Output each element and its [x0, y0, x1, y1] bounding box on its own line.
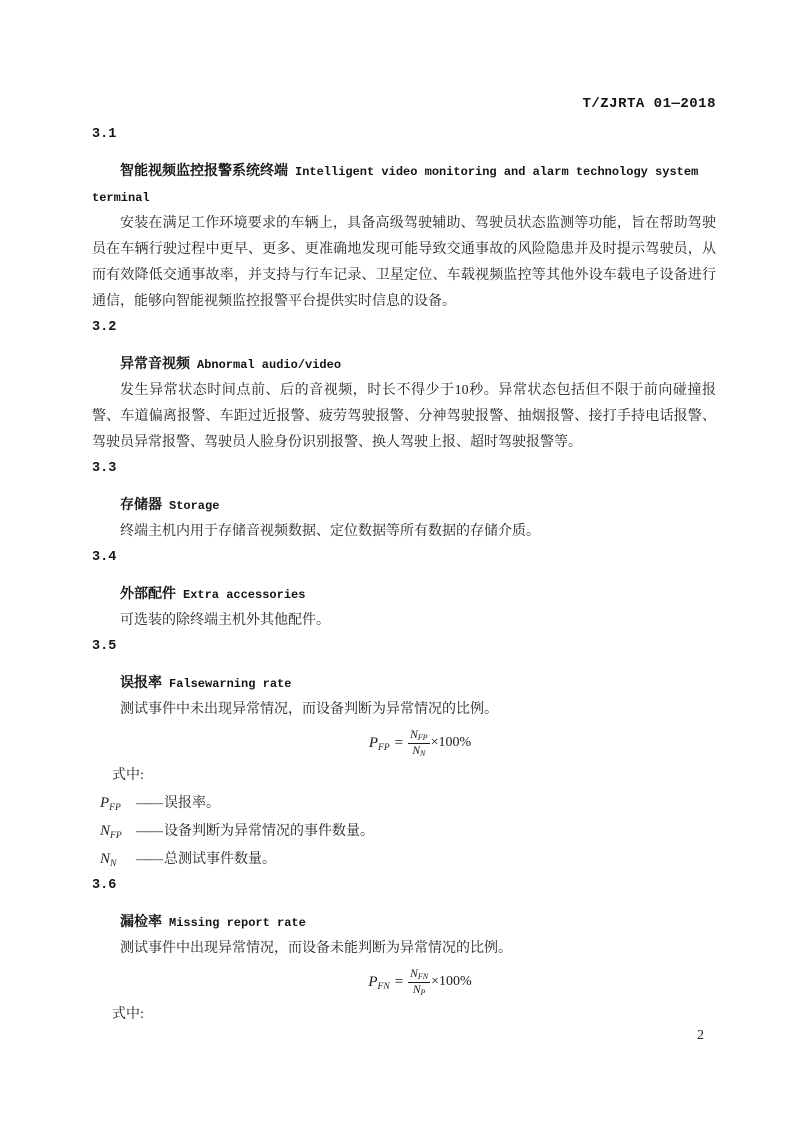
clause-3-5: 3.5 误报率Falsewarning rate 测试事件中未出现异常情况，而设… [92, 634, 716, 873]
fraction: NFP NN [408, 729, 429, 758]
term-en: Missing report rate [169, 916, 306, 930]
clause-3-3: 3.3 存储器Storage 终端主机内用于存储音视频数据、定位数据等所有数据的… [92, 456, 716, 545]
symbol-definition-row: PFP —— 误报率。 [92, 790, 716, 817]
missing-report-rate-formula: PFN = NFN NP ×100% [108, 966, 732, 998]
term-en: Storage [169, 499, 219, 513]
term-zh: 外部配件 [120, 585, 176, 601]
term-en: Extra accessories [183, 588, 305, 602]
times-100-percent: ×100% [431, 735, 472, 751]
definition-text: 可选装的除终端主机外其他配件。 [92, 608, 716, 634]
times-100-percent: ×100% [431, 974, 472, 990]
formula-lhs: PFP [369, 735, 390, 752]
fraction-numerator: NFP [408, 729, 429, 744]
where-label: 式中: [92, 1002, 716, 1028]
clause-3-6: 3.6 漏检率Missing report rate 测试事件中出现异常情况，而… [92, 873, 716, 1028]
term-heading: 智能视频监控报警系统终端Intelligent video monitoring… [92, 157, 716, 211]
clause-number: 3.4 [92, 545, 716, 571]
term-zh: 智能视频监控报警系统终端 [120, 162, 288, 178]
symbol: PFP [100, 790, 136, 816]
clause-number: 3.3 [92, 456, 716, 482]
definition-text: 测试事件中出现异常情况，而设备未能判断为异常情况的比例。 [92, 936, 716, 962]
term-heading: 存储器Storage [92, 491, 716, 519]
em-dash: —— [136, 791, 162, 817]
symbol-definition: 设备判断为异常情况的事件数量。 [164, 819, 374, 845]
clause-3-2: 3.2 异常音视频Abnormal audio/video 发生异常状态时间点前… [92, 315, 716, 456]
em-dash: —— [136, 819, 162, 845]
fraction: NFN NP [408, 968, 430, 997]
formula-lhs: PFN [368, 974, 389, 991]
clause-number: 3.6 [92, 873, 716, 899]
definition-text: 测试事件中未出现异常情况，而设备判断为异常情况的比例。 [92, 697, 716, 723]
term-heading: 漏检率Missing report rate [92, 908, 716, 936]
clause-number: 3.1 [92, 122, 716, 148]
fraction-denominator: NN [412, 744, 425, 758]
clause-3-4: 3.4 外部配件Extra accessories 可选装的除终端主机外其他配件… [92, 545, 716, 634]
symbol: NFP [100, 818, 136, 844]
symbol: NN [100, 846, 136, 872]
symbol-definition: 误报率。 [164, 791, 220, 817]
term-heading: 外部配件Extra accessories [92, 580, 716, 608]
clause-number: 3.5 [92, 634, 716, 660]
fraction-numerator: NFN [408, 968, 430, 983]
equals-sign: = [395, 974, 403, 991]
term-heading: 异常音视频Abnormal audio/video [92, 350, 716, 378]
term-en: Abnormal audio/video [197, 358, 341, 372]
equals-sign: = [395, 735, 403, 752]
term-zh: 漏检率 [120, 913, 162, 929]
where-label: 式中: [92, 763, 716, 789]
doc-number: T/ZJRTA 01—2018 [92, 96, 716, 112]
em-dash: —— [136, 847, 162, 873]
document-page: T/ZJRTA 01—2018 3.1 智能视频监控报警系统终端Intellig… [0, 0, 794, 1123]
term-zh: 异常音视频 [120, 355, 190, 371]
definition-text: 终端主机内用于存储音视频数据、定位数据等所有数据的存储介质。 [92, 519, 716, 545]
fraction-denominator: NP [413, 983, 426, 997]
term-heading: 误报率Falsewarning rate [92, 669, 716, 697]
term-en: Falsewarning rate [169, 677, 291, 691]
definition-text: 安装在满足工作环境要求的车辆上，具备高级驾驶辅助、驾驶员状态监测等功能，旨在帮助… [92, 211, 716, 315]
term-zh: 误报率 [120, 674, 162, 690]
clause-number: 3.2 [92, 315, 716, 341]
page-number: 2 [697, 1028, 704, 1044]
term-zh: 存储器 [120, 496, 162, 512]
false-warning-rate-formula: PFP = NFP NN ×100% [108, 727, 732, 759]
definition-text: 发生异常状态时间点前、后的音视频，时长不得少于10秒。异常状态包括但不限于前向碰… [92, 378, 716, 456]
clause-3-1: 3.1 智能视频监控报警系统终端Intelligent video monito… [92, 122, 716, 315]
symbol-definition-row: NN —— 总测试事件数量。 [92, 846, 716, 873]
symbol-definition-row: NFP —— 设备判断为异常情况的事件数量。 [92, 818, 716, 845]
symbol-definition: 总测试事件数量。 [164, 847, 276, 873]
